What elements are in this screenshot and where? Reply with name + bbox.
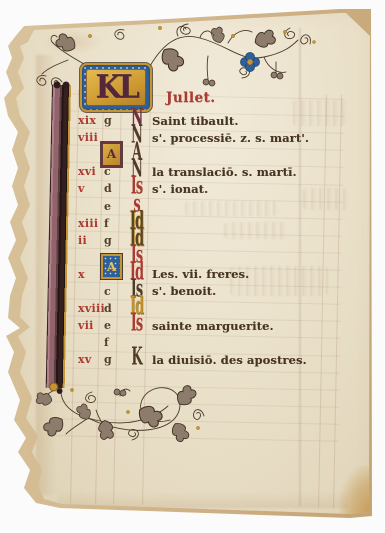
calendar-row: xiiifId [78, 215, 350, 232]
golden-number: xvi [78, 165, 104, 178]
dominical-letter: e [104, 200, 121, 213]
golden-number: xiii [78, 217, 104, 230]
dominical-letter: g [104, 234, 121, 247]
dominical-letter: e [104, 319, 121, 332]
blue-flower [240, 52, 259, 71]
dominical-letter: c [104, 285, 121, 298]
golden-number: xix [78, 114, 104, 127]
feast-text: la diuisiō. des apostres. [152, 353, 350, 367]
penwork-cadel: K [121, 350, 152, 369]
calendar-row: f [78, 334, 350, 351]
calendar-row: AIs [78, 249, 350, 266]
feast-text: sainte marguerite. [152, 319, 350, 333]
auction-photo: KL Jullet. xixgNSaint tibault.viiiANs'. … [0, 0, 385, 533]
calendar-row: xixgNSaint tibault. [78, 112, 350, 129]
calendar-row: iigId [78, 232, 350, 249]
penwork-cadel: Is [121, 316, 152, 335]
calendar-row: es [78, 197, 350, 214]
calendar-row: xviiidId [78, 300, 350, 317]
calendar-row: viiiANs'. processiē. z. s. mart'. [78, 129, 350, 146]
calendar-row: vdIss'. ionat. [78, 180, 350, 197]
golden-number: vii [78, 319, 104, 332]
dominical-letter: g [104, 114, 121, 127]
golden-number: ii [78, 234, 104, 247]
month-title: Jullet. [166, 90, 215, 106]
calendar-row: viieIssainte marguerite. [78, 317, 350, 334]
golden-number: xviii [78, 302, 104, 315]
feast-text: s'. processiē. z. s. mart'. [152, 131, 350, 145]
feast-text: la translaciō. s. martī. [152, 165, 350, 179]
dominical-letter: g [104, 353, 121, 366]
calendar-row: cIss'. benoit. [78, 283, 350, 300]
illuminated-dominical-panel: A [101, 142, 122, 167]
feast-text: s'. benoit. [152, 284, 350, 298]
kl-letters: KL [95, 72, 136, 104]
calendar-row: xvgKla diuisiō. des apostres. [78, 351, 350, 368]
penwork-cadel-glyph: K [131, 345, 141, 373]
dominical-letter: f [104, 336, 121, 349]
golden-number: xv [78, 353, 104, 366]
feast-text: s'. ionat. [152, 182, 350, 196]
illuminated-dominical-panel: A [101, 254, 122, 279]
feast-text: Saint tibault. [152, 114, 350, 128]
dominical-letter: c [104, 165, 121, 178]
dominical-letter: f [104, 217, 121, 230]
calendar-rows: xixgNSaint tibault.viiiANs'. processiē. … [78, 112, 350, 368]
dominical-letter: d [104, 302, 121, 315]
manuscript-leaf: KL Jullet. xixgNSaint tibault.viiiANs'. … [0, 0, 385, 533]
feast-text: Les. vii. freres. [152, 267, 350, 281]
golden-number: v [78, 182, 104, 195]
left-bar-border [46, 85, 72, 388]
dominical-letter: d [104, 182, 121, 195]
